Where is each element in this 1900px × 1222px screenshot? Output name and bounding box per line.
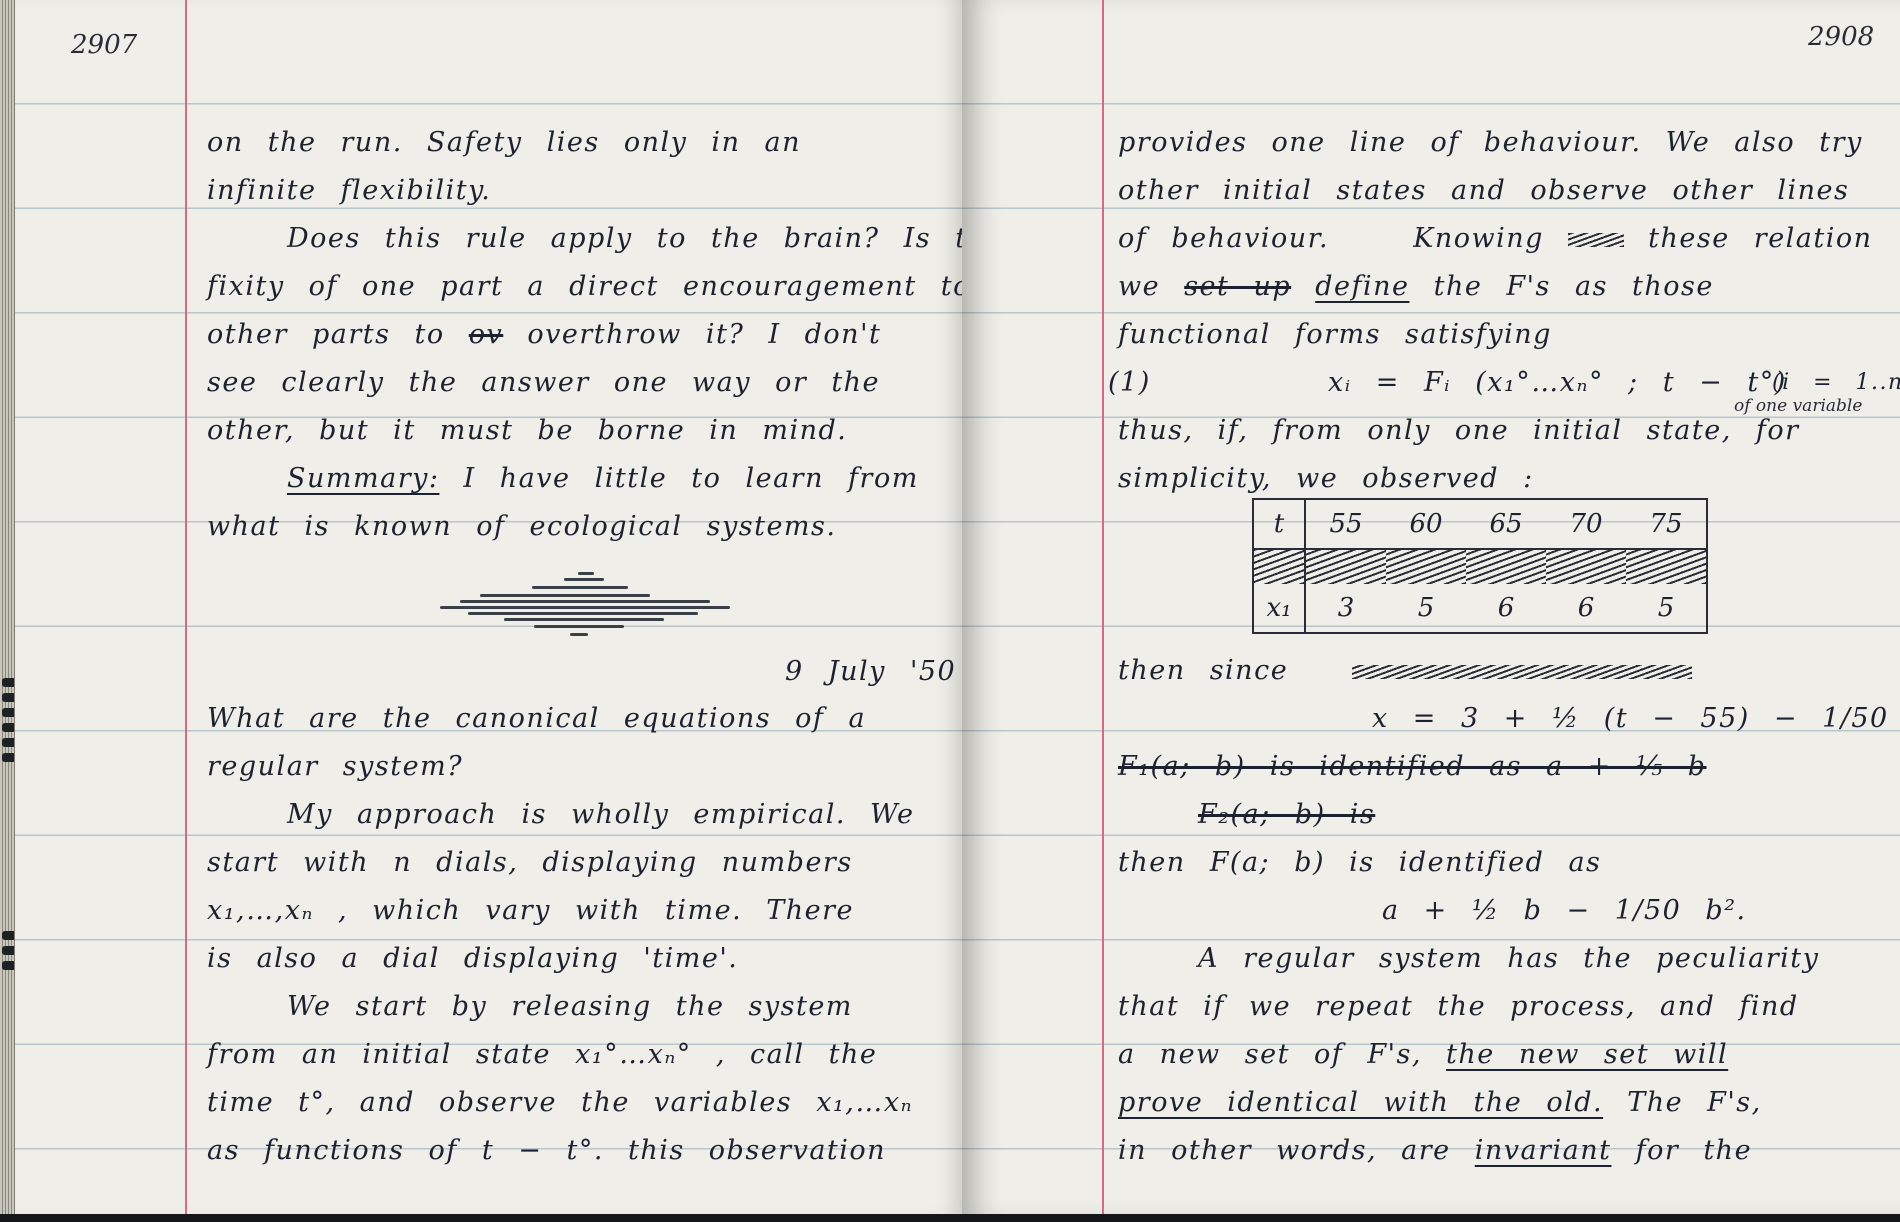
text-line: prove identical with the old. The F's, xyxy=(1118,1083,1762,1123)
underlined-phrase: the new set will xyxy=(1446,1039,1728,1070)
margin-line xyxy=(185,0,187,1214)
text-line: fixity of one part a direct encouragemen… xyxy=(207,267,963,307)
equation-identified: a + ½ b − 1/50 b². xyxy=(1382,891,1747,931)
underlined-word: invariant xyxy=(1475,1135,1612,1166)
text-line: thus, if, from only one initial state, f… xyxy=(1118,411,1800,451)
table-row: t 55 60 65 70 75 xyxy=(1253,499,1707,549)
row-label xyxy=(1253,549,1305,584)
text-line: other, but it must be borne in mind. xyxy=(207,411,847,451)
table-cell: 60 xyxy=(1386,499,1466,549)
table-cell: 65 xyxy=(1466,499,1546,549)
notebook-spread: 2907 on the run. Safety lies only in an … xyxy=(0,0,1900,1214)
text-line: provides one line of behaviour. We also … xyxy=(1118,123,1863,163)
text-line: in other words, are invariant for the xyxy=(1118,1131,1752,1171)
table-cell xyxy=(1466,549,1546,584)
table-cell: 6 xyxy=(1466,584,1546,633)
page-number: 2907 xyxy=(71,30,137,60)
crossed-out-line: F₁(a; b) is identified as a + ⅕ b xyxy=(1118,747,1707,787)
text-line: other initial states and observe other l… xyxy=(1118,171,1849,211)
table-cell: 75 xyxy=(1626,499,1707,549)
text-line: we set up define the F's as those xyxy=(1118,267,1714,307)
text-line: A regular system has the peculiarity xyxy=(1198,939,1819,979)
table-cell: 5 xyxy=(1626,584,1707,633)
text-line: as functions of t − t°. this observation xyxy=(207,1131,886,1171)
table-cell xyxy=(1546,549,1626,584)
text-line: What are the canonical equations of a xyxy=(207,699,866,739)
table-cell: 70 xyxy=(1546,499,1626,549)
page-edges xyxy=(0,0,14,1214)
crossed-out-scribble xyxy=(1568,233,1624,247)
text-line: functional forms satisfying xyxy=(1118,315,1552,355)
table-cell xyxy=(1305,549,1386,584)
table-cell: 55 xyxy=(1305,499,1386,549)
crossed-out-word: ov xyxy=(469,319,504,350)
crossed-out-line: F₂(a; b) is xyxy=(1198,795,1375,835)
text-line: x₁,…,xₙ , which vary with time. There xyxy=(207,891,854,931)
text-line: We start by releasing the system xyxy=(287,987,853,1027)
table-cell: 6 xyxy=(1546,584,1626,633)
underlined-word: define xyxy=(1315,271,1409,302)
text-line: a new set of F's, the new set will xyxy=(1118,1035,1728,1075)
text-line: that if we repeat the process, and find xyxy=(1118,987,1799,1027)
background-edge xyxy=(0,1214,1900,1222)
table-cell: 3 xyxy=(1305,584,1386,633)
table-cell xyxy=(1626,549,1707,584)
page-number: 2908 xyxy=(1808,22,1874,52)
text-line: regular system? xyxy=(207,747,463,787)
text-line: time t°, and observe the variables x₁,…x… xyxy=(207,1083,913,1123)
table-cell: 5 xyxy=(1386,584,1466,633)
summary-heading: Summary: xyxy=(287,463,439,494)
summary-line: Summary: I have little to learn from xyxy=(287,459,919,499)
table-row-crossed-out xyxy=(1253,549,1707,584)
underlined-phrase: prove identical with the old. xyxy=(1118,1087,1603,1118)
text-line: infinite flexibility. xyxy=(207,171,491,211)
text-line: simplicity, we observed : xyxy=(1118,459,1534,499)
observation-table: t 55 60 65 70 75 x₁ 3 5 6 6 5 xyxy=(1252,498,1708,634)
margin-line xyxy=(1102,0,1104,1214)
table-cell xyxy=(1386,549,1466,584)
row-label: t xyxy=(1253,499,1305,549)
entry-date: 9 July '50 xyxy=(785,652,956,692)
text-line: other parts to ov overthrow it? I don't xyxy=(207,315,881,355)
text-line: then F(a; b) is identified as xyxy=(1118,843,1601,883)
row-label: x₁ xyxy=(1253,584,1305,633)
text-line: of behaviour. Knowing these relation xyxy=(1118,219,1873,259)
text-line: start with n dials, displaying numbers xyxy=(207,843,853,883)
left-page: 2907 on the run. Safety lies only in an … xyxy=(14,0,963,1214)
text-line: what is known of ecological systems. xyxy=(207,507,836,547)
equation-number: (1) xyxy=(1108,363,1151,403)
table-row: x₁ 3 5 6 6 5 xyxy=(1253,584,1707,633)
text-line: My approach is wholly empirical. We xyxy=(287,795,915,835)
equation-fit: x = 3 + ½ (t − 55) − 1/50 (t − 55)² xyxy=(1372,699,1900,739)
text-line: then since xyxy=(1118,651,1692,691)
section-divider-ornament xyxy=(440,570,730,640)
crossed-out-words: set up xyxy=(1184,271,1291,302)
crossed-out-equation xyxy=(1352,665,1692,679)
text-line: on the run. Safety lies only in an xyxy=(207,123,801,163)
text-line: Does this rule apply to the brain? Is th… xyxy=(287,219,963,259)
text-line: see clearly the answer one way or the xyxy=(207,363,880,403)
equation-1: xᵢ = Fᵢ (x₁°…xₙ° ; t − t°) xyxy=(1328,363,1787,403)
text-line: is also a dial displaying 'time'. xyxy=(207,939,738,979)
text-line: from an initial state x₁°…xₙ° , call the xyxy=(207,1035,877,1075)
